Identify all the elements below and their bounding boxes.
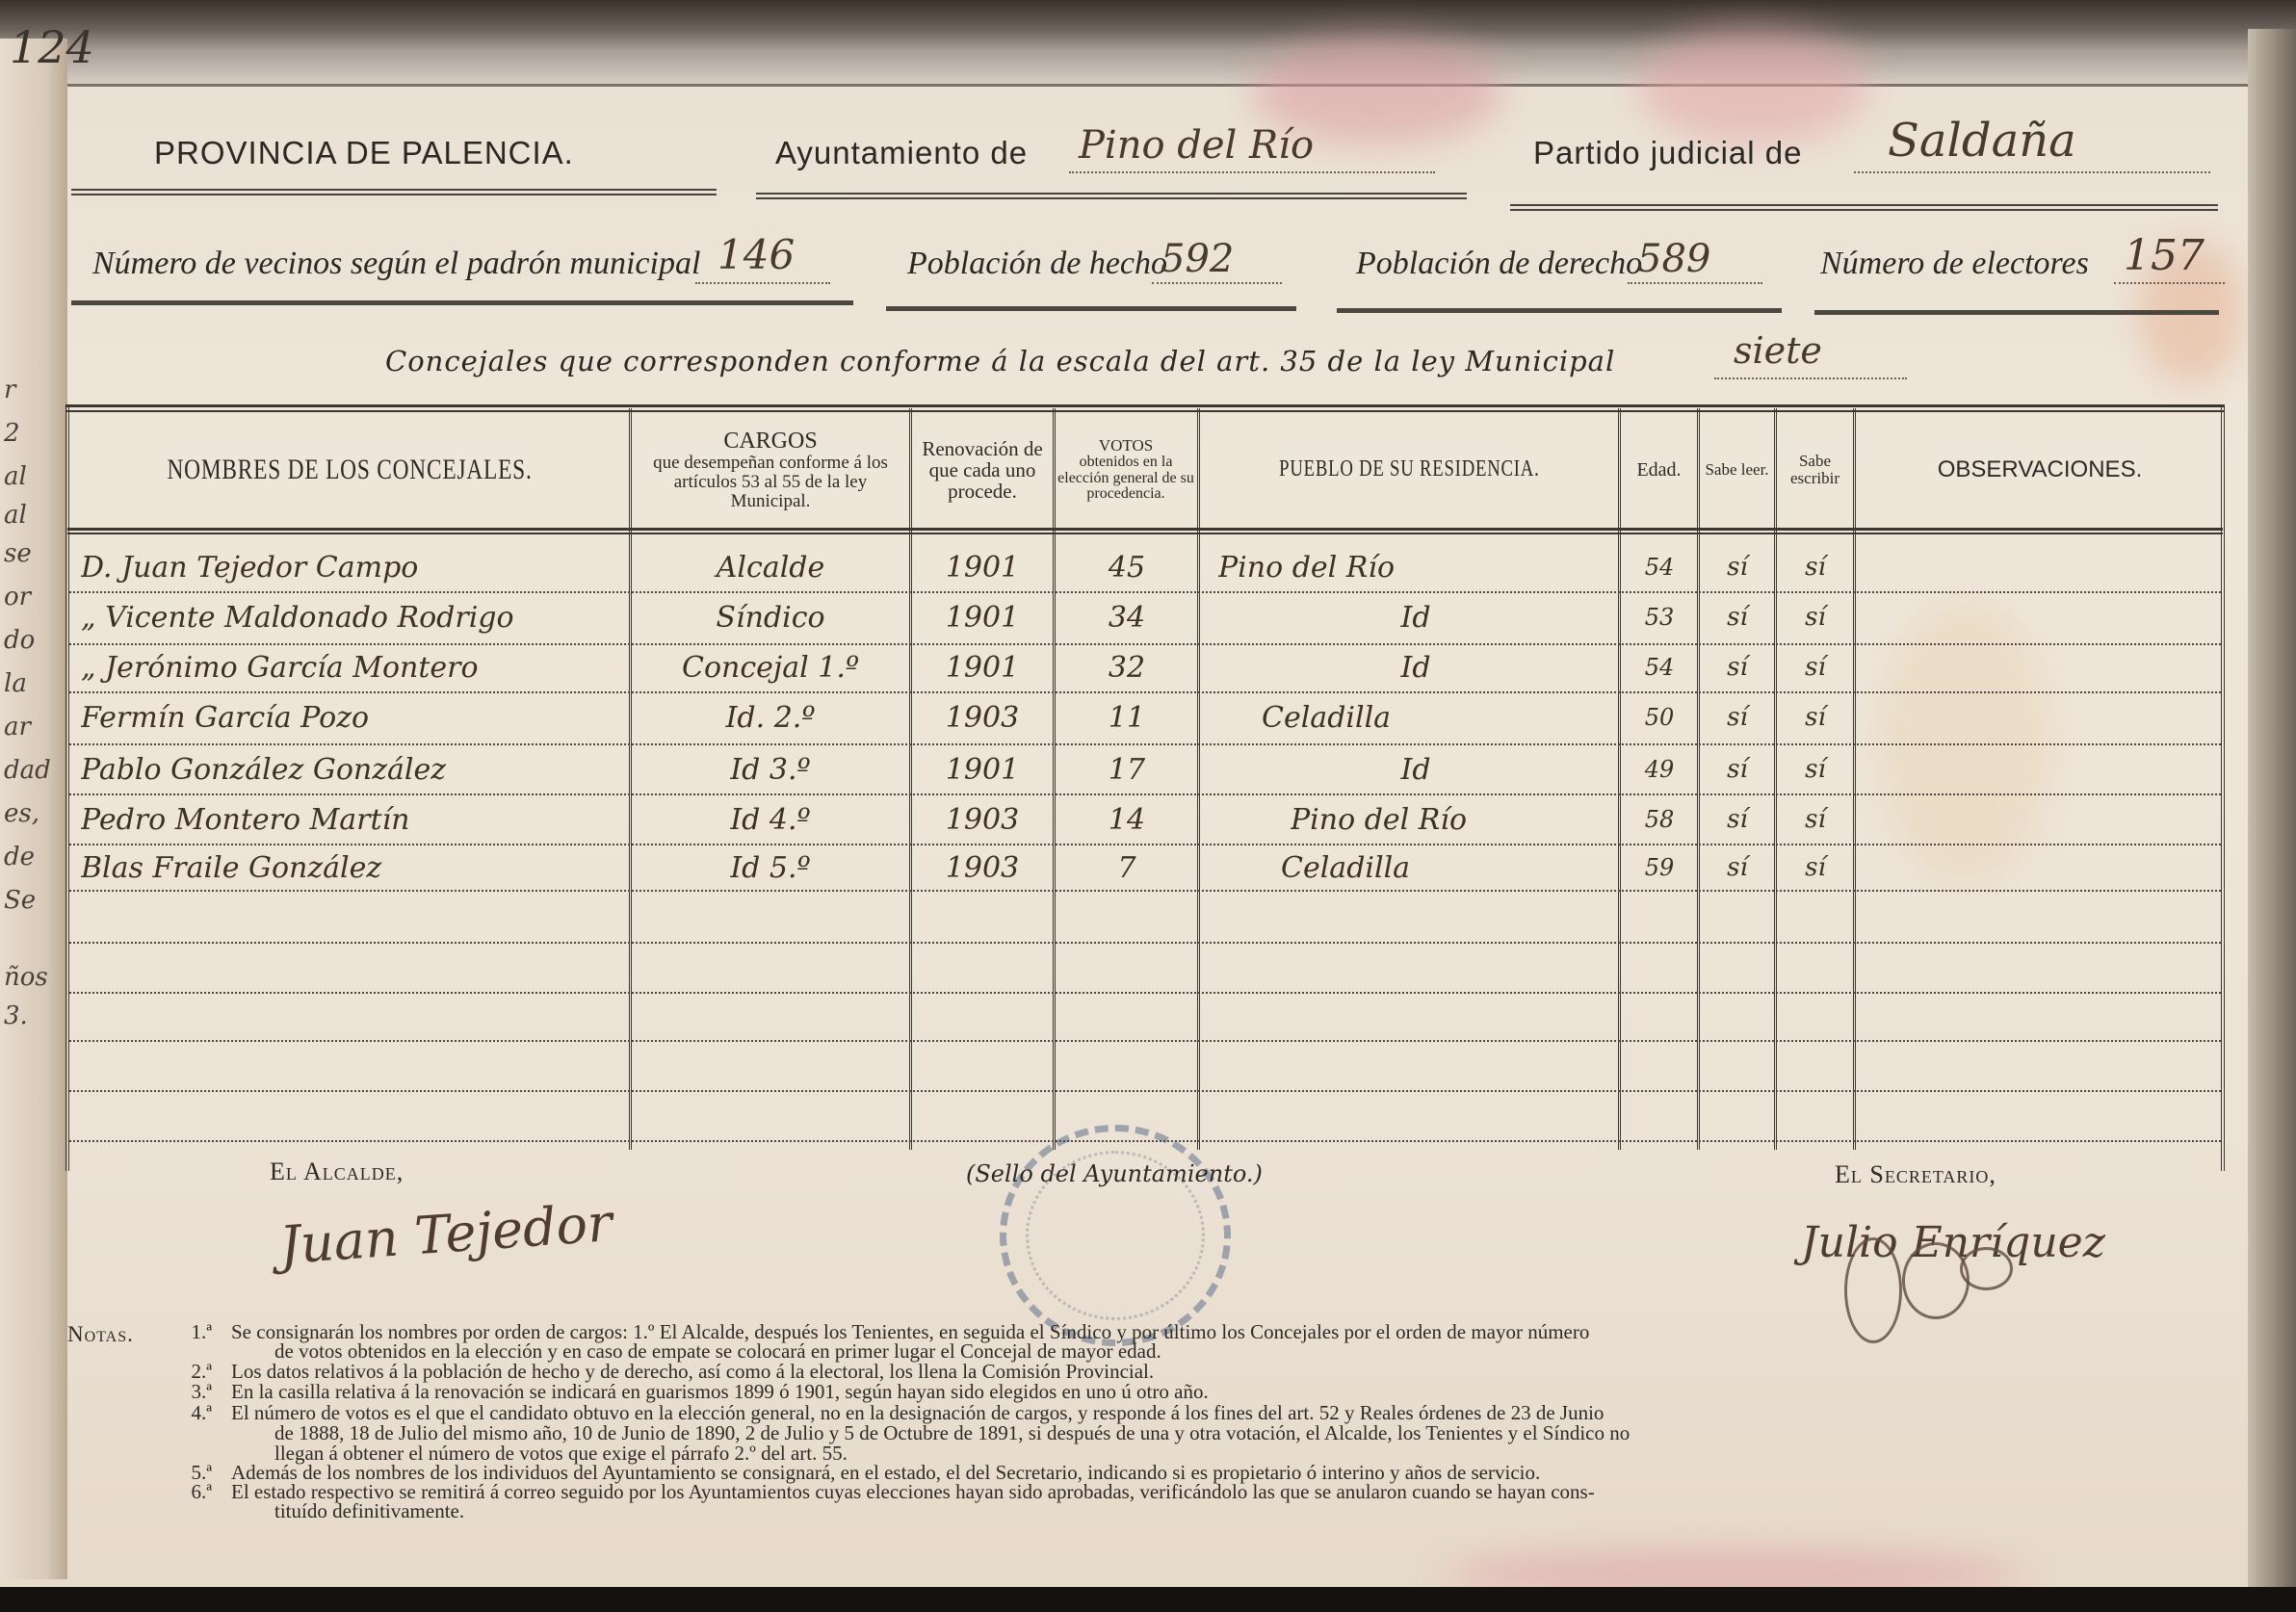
column-header-edad: Edad. [1623, 416, 1695, 524]
ayuntamiento-label: Ayuntamiento de [775, 135, 1028, 171]
cell-pueblo: Id [1218, 741, 1613, 797]
table-header-rule [67, 528, 2223, 534]
cell-edad: 49 [1624, 741, 1695, 797]
column-header-nombres: NOMBRES DE LOS CONCEJALES. [73, 416, 626, 524]
cell-leer: sí [1703, 689, 1772, 745]
cell-edad: 59 [1624, 840, 1695, 896]
partido-label: Partido judicial de [1533, 135, 1803, 171]
column-header-escribir: Sabe escribir [1779, 416, 1851, 524]
electores-value: 157 [2124, 231, 2205, 280]
column-header-cargos: CARGOS que desempeñan conforme á los art… [634, 416, 907, 524]
book-right-edge [2248, 29, 2296, 1608]
vecinos-value: 146 [717, 231, 795, 278]
book-top-edge [0, 0, 2296, 87]
margin-fragment: 2 [4, 419, 20, 448]
cell-escribir: sí [1780, 539, 1851, 595]
cell-votos: 45 [1059, 539, 1194, 595]
margin-fragment: r [4, 376, 15, 404]
row-rule [69, 1090, 2221, 1092]
notes-label: Notas. [67, 1325, 134, 1343]
signature-flourish [1902, 1242, 1970, 1319]
margin-fragment: es, [4, 799, 39, 828]
margin-fragment: Se [4, 886, 36, 915]
derecho-value: 589 [1637, 237, 1710, 281]
page-number: 124 [10, 21, 94, 73]
row-rule [69, 1040, 2221, 1042]
partido-value: Saldaña [1888, 114, 2076, 168]
column-divider [1774, 408, 1777, 1150]
note-text: En la casilla relativa á la renovación s… [231, 1383, 2254, 1401]
cell-observaciones [1861, 589, 2217, 645]
column-divider [629, 408, 632, 1150]
cell-escribir: sí [1780, 639, 1851, 695]
document-page: r 2 al al se or do la ar dad es, de Se ñ… [0, 0, 2296, 1612]
cell-edad: 53 [1624, 589, 1695, 645]
cell-pueblo: Id [1218, 589, 1613, 645]
cell-pueblo: Celadilla [1262, 689, 1613, 745]
column-header-leer: Sabe leer. [1702, 416, 1772, 524]
note-number: 4.ª [173, 1404, 212, 1422]
cell-escribir: sí [1780, 840, 1851, 896]
margin-fragment: se [4, 539, 32, 568]
margin-fragment: do [4, 626, 35, 655]
cell-edad: 54 [1624, 639, 1695, 695]
seal-label: (Sello del Ayuntamiento.) [966, 1160, 1263, 1187]
header-text: Sabe escribir [1779, 453, 1851, 487]
header-text: Renovación de que cada uno procede. [914, 438, 1051, 502]
rule [886, 306, 1296, 311]
note-text: El número de votos es el que el candidat… [231, 1404, 2254, 1422]
alcalde-signature: Juan Tejedor [277, 1192, 613, 1276]
column-header-votos: VOTOS obtenidos en la elección general d… [1057, 416, 1194, 524]
margin-fragment: de [4, 843, 35, 871]
header-text: VOTOS [1099, 437, 1153, 455]
margin-fragment: ños [4, 963, 48, 992]
cell-cargo: Id. 2.º [636, 689, 905, 745]
cell-leer: sí [1703, 589, 1772, 645]
note-number: 6.ª [173, 1483, 212, 1501]
vecinos-label: Número de vecinos según el padrón munici… [92, 246, 700, 282]
hecho-value: 592 [1161, 237, 1234, 281]
book-bottom-edge [0, 1587, 2296, 1612]
note-text: tituído definitivamente. [274, 1502, 2296, 1521]
concejales-label: Concejales que corresponden conforme á l… [385, 345, 1615, 377]
concejales-value: siete [1734, 329, 1822, 372]
cell-renovacion: 1901 [915, 639, 1050, 695]
electores-label: Número de electores [1820, 246, 2089, 282]
rule [1510, 204, 2218, 211]
municipal-seal-stamp [1000, 1125, 1231, 1346]
column-divider [909, 408, 912, 1150]
cell-votos: 34 [1059, 589, 1194, 645]
note-text: de votos obtenidos en la elección y en c… [274, 1342, 2296, 1361]
table-top-rule [65, 404, 2225, 412]
column-header-pueblo: PUEBLO DE SU RESIDENCIA. [1202, 416, 1616, 524]
hecho-label: Población de hecho [907, 246, 1167, 282]
cell-escribir: sí [1780, 741, 1851, 797]
cell-edad: 54 [1624, 539, 1695, 595]
cell-votos: 17 [1059, 741, 1194, 797]
cell-nombre: Pablo González González [81, 741, 626, 797]
cell-leer: sí [1703, 539, 1772, 595]
rule [1337, 308, 1782, 313]
column-divider [1853, 408, 1856, 1150]
note-text: El estado respectivo se remitirá á corre… [231, 1483, 2254, 1501]
rule [71, 300, 853, 305]
cell-escribir: sí [1780, 589, 1851, 645]
cell-observaciones [1861, 639, 2217, 695]
cell-nombre: D. Juan Tejedor Campo [81, 539, 626, 595]
cell-renovacion: 1901 [915, 589, 1050, 645]
margin-fragment: ar [4, 713, 31, 741]
column-divider [1197, 408, 1200, 1150]
row-rule [69, 942, 2221, 944]
province-title: PROVINCIA DE PALENCIA. [154, 135, 574, 171]
cell-leer: sí [1703, 741, 1772, 797]
note-text: Los datos relativos á la población de he… [231, 1363, 2254, 1381]
facing-page-edge: r 2 al al se or do la ar dad es, de Se ñ… [0, 39, 67, 1579]
cell-pueblo: Pino del Río [1218, 539, 1613, 595]
header-text: Sabe leer. [1705, 461, 1768, 479]
cell-cargo: Síndico [636, 589, 905, 645]
cell-cargo: Id 3.º [636, 741, 905, 797]
cell-observaciones [1861, 741, 2217, 797]
header-subtext: que desempeñan conforme á los artículos … [634, 454, 907, 511]
rule [756, 193, 1467, 199]
cell-edad: 50 [1624, 689, 1695, 745]
note-number: 2.ª [173, 1363, 212, 1381]
cell-cargo: Id 5.º [636, 840, 905, 896]
header-text: Edad. [1636, 460, 1681, 481]
cell-pueblo: Celadilla [1281, 840, 1613, 896]
cell-nombre: Blas Fraile González [81, 840, 626, 896]
cell-votos: 32 [1059, 639, 1194, 695]
margin-fragment: al [4, 501, 27, 530]
margin-fragment: la [4, 669, 27, 698]
note-number: 1.ª [173, 1323, 212, 1341]
cell-renovacion: 1901 [915, 539, 1050, 595]
ayuntamiento-value: Pino del Río [1079, 123, 1314, 168]
alcalde-label: El Alcalde, [270, 1157, 404, 1186]
derecho-label: Población de derecho [1356, 246, 1642, 282]
cell-escribir: sí [1780, 689, 1851, 745]
column-divider [1697, 408, 1700, 1150]
row-rule [69, 992, 2221, 994]
cell-nombre: „ Vicente Maldonado Rodrigo [81, 589, 626, 645]
cell-observaciones [1861, 840, 2217, 896]
note-text: de 1888, 18 de Julio del mismo año, 10 d… [274, 1424, 2296, 1443]
cell-votos: 7 [1059, 840, 1194, 896]
margin-fragment: al [4, 462, 27, 491]
margin-fragment: dad [4, 756, 51, 785]
cell-leer: sí [1703, 639, 1772, 695]
cell-observaciones [1861, 689, 2217, 745]
cell-cargo: Concejal 1.º [636, 639, 905, 695]
signature-flourish [1960, 1247, 2013, 1290]
cell-renovacion: 1903 [915, 689, 1050, 745]
note-number: 3.ª [173, 1383, 212, 1401]
margin-fragment: 3. [4, 1001, 28, 1030]
column-divider [1053, 408, 1056, 1150]
cell-pueblo: Id [1218, 639, 1613, 695]
rule [71, 189, 717, 195]
pink-stain [1637, 29, 1868, 144]
header-text: OBSERVACIONES. [1938, 457, 2143, 481]
column-header-observaciones: OBSERVACIONES. [1858, 416, 2222, 524]
column-header-renovacion: Renovación de que cada uno procede. [914, 416, 1051, 524]
cell-observaciones [1861, 539, 2217, 595]
cell-nombre: Fermín García Pozo [81, 689, 626, 745]
header-subtext: obtenidos en la elección general de su p… [1057, 455, 1194, 503]
header-text: PUEBLO DE SU RESIDENCIA. [1279, 457, 1539, 481]
cell-renovacion: 1901 [915, 741, 1050, 797]
cell-renovacion: 1903 [915, 840, 1050, 896]
column-divider [1618, 408, 1621, 1150]
cell-nombre: „ Jerónimo García Montero [81, 639, 626, 695]
secretario-label: El Secretario, [1835, 1160, 1996, 1189]
cell-cargo: Alcalde [636, 539, 905, 595]
cell-votos: 11 [1059, 689, 1194, 745]
margin-fragment: or [4, 583, 31, 611]
cell-leer: sí [1703, 840, 1772, 896]
header-text: NOMBRES DE LOS CONCEJALES. [167, 455, 532, 485]
rule [1814, 310, 2219, 315]
header-text: CARGOS [723, 429, 817, 454]
